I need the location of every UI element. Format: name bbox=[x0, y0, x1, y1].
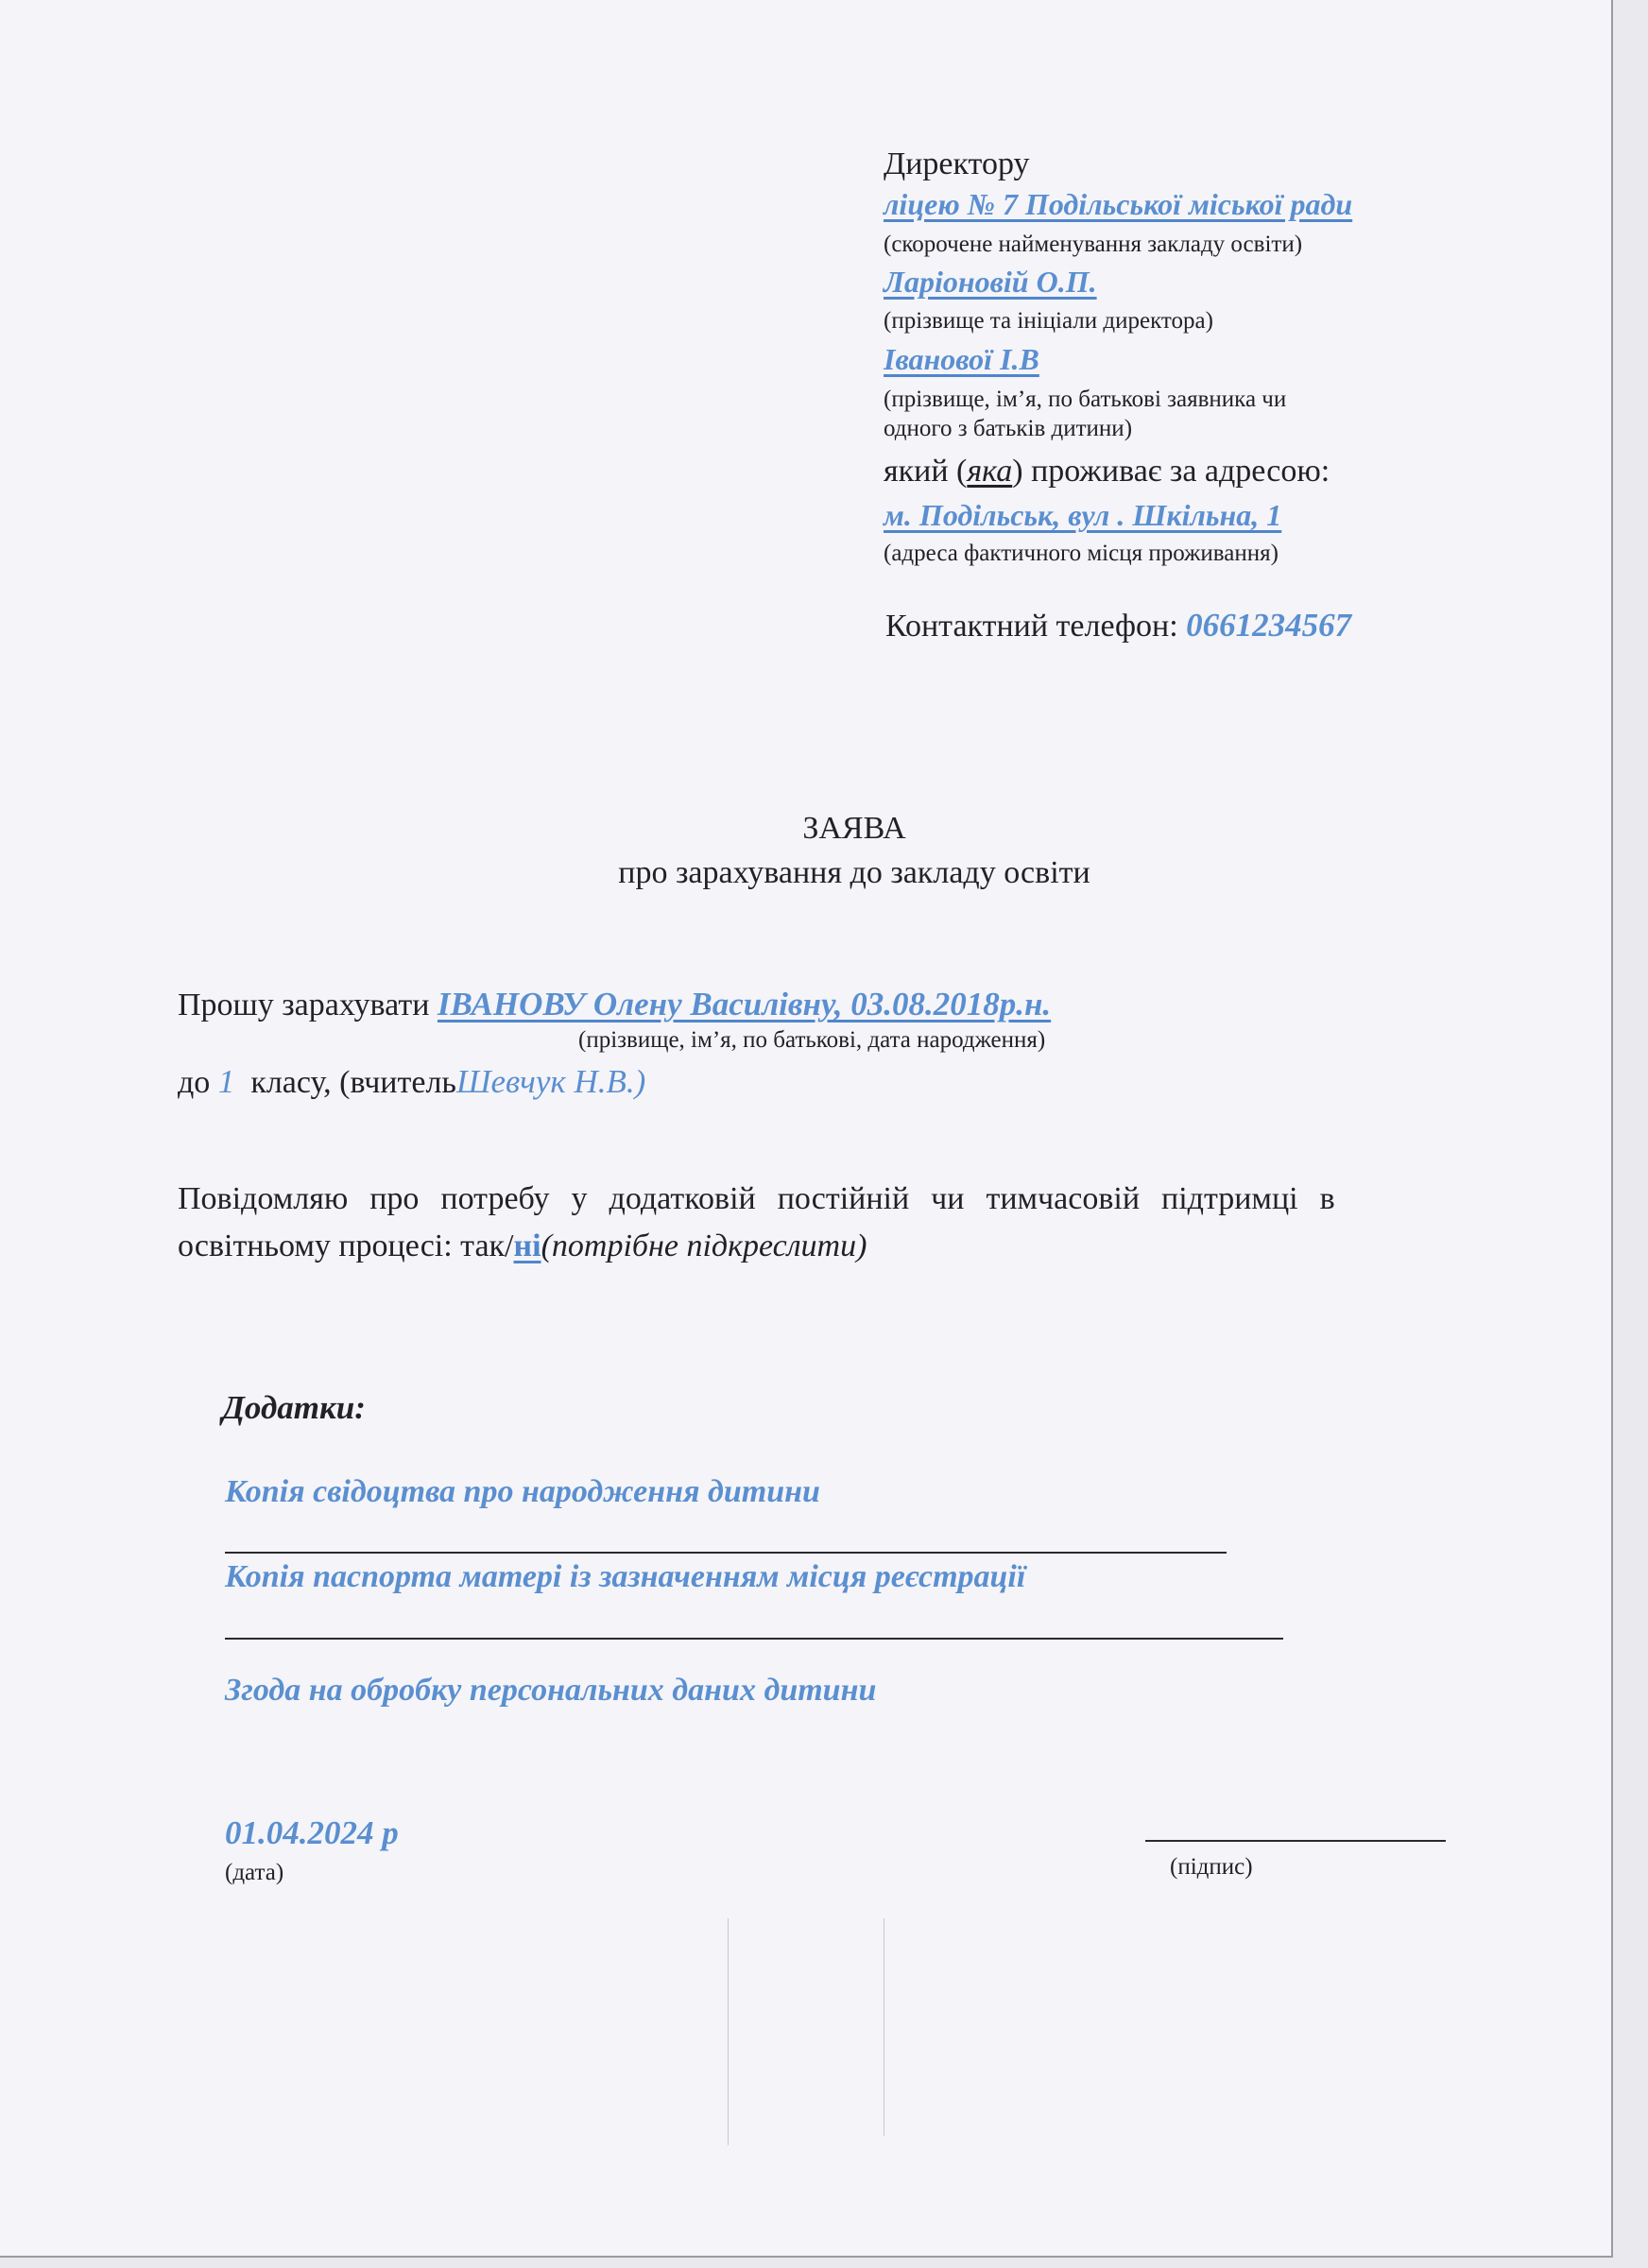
attachment-divider bbox=[225, 1552, 1227, 1554]
document-title: ЗАЯВА bbox=[30, 811, 1648, 847]
support-selected-option: ні bbox=[514, 1228, 541, 1263]
scan-artifact bbox=[728, 1918, 729, 2145]
support-line2-prefix: освітньому процесі: так/ bbox=[178, 1228, 514, 1263]
attachment-item: Копія паспорта матері із зазначенням міс… bbox=[225, 1559, 1025, 1595]
director-field: Ларіоновій О.П. bbox=[884, 265, 1097, 300]
request-prefix: Прошу зарахувати bbox=[178, 988, 438, 1022]
address-label-prefix: який ( bbox=[884, 454, 967, 489]
support-line2: освітньому процесі: так/ні(потрібне підк… bbox=[178, 1228, 867, 1264]
date-hint: (дата) bbox=[225, 1860, 283, 1886]
attachments-heading: Додатки: bbox=[222, 1389, 366, 1427]
phone-label: Контактний телефон: bbox=[885, 609, 1186, 644]
class-prefix: до bbox=[178, 1065, 218, 1100]
applicant-field: Іванової І.В bbox=[884, 342, 1039, 377]
signature-line bbox=[1145, 1840, 1446, 1842]
applicant-hint-line2: одного з батьків дитини) bbox=[884, 416, 1132, 442]
document-subtitle: про зарахування до закладу освіти bbox=[30, 855, 1648, 891]
support-hint: (потрібне підкреслити) bbox=[541, 1228, 867, 1263]
teacher-field: Шевчук Н.В.) bbox=[456, 1063, 645, 1100]
class-row: до 1 класу, (вчительШевчук Н.В.) bbox=[178, 1063, 645, 1101]
child-field: ІВАНОВУ Олену Василівну, 03.08.2018р.н. bbox=[438, 986, 1051, 1022]
class-field: 1 bbox=[218, 1063, 235, 1100]
attachment-item: Копія свідоцтва про народження дитини bbox=[225, 1474, 820, 1510]
phone-field: 0661234567 bbox=[1186, 607, 1351, 644]
request-row: Прошу зарахувати ІВАНОВУ Олену Василівну… bbox=[178, 986, 1051, 1023]
phone-row: Контактний телефон: 0661234567 bbox=[885, 607, 1351, 644]
address-label: який (яка) проживає за адресою: bbox=[884, 454, 1330, 490]
address-hint: (адреса фактичного місця проживання) bbox=[884, 541, 1279, 567]
address-label-suffix: ) проживає за адресою: bbox=[1012, 454, 1330, 489]
institution-hint: (скорочене найменування закладу освіти) bbox=[884, 232, 1302, 258]
institution-field: ліцею № 7 Подільської міської ради bbox=[884, 187, 1352, 222]
director-hint: (прізвище та ініціали директора) bbox=[884, 308, 1213, 335]
applicant-hint-line1: (прізвище, ім’я, по батькові заявника чи bbox=[884, 387, 1286, 413]
class-middle: класу, (вчитель bbox=[234, 1065, 456, 1100]
date-field: 01.04.2024 р bbox=[225, 1814, 399, 1852]
scan-artifact bbox=[884, 1918, 884, 2136]
addressee-to-label: Директору bbox=[884, 146, 1030, 182]
attachment-item: Згода на обробку персональних даних дити… bbox=[225, 1673, 876, 1709]
support-line1: Повідомляю про потребу у додатковій пост… bbox=[178, 1181, 1335, 1217]
child-hint: (прізвище, ім’я, по батькові, дата народ… bbox=[578, 1027, 1045, 1054]
address-label-underlined: яка bbox=[967, 454, 1012, 489]
attachment-divider bbox=[225, 1638, 1283, 1640]
document-page: Директору ліцею № 7 Подільської міської … bbox=[0, 0, 1613, 2258]
signature-hint: (підпис) bbox=[1170, 1854, 1253, 1881]
address-field: м. Подільськ, вул . Шкільна, 1 bbox=[884, 498, 1281, 533]
